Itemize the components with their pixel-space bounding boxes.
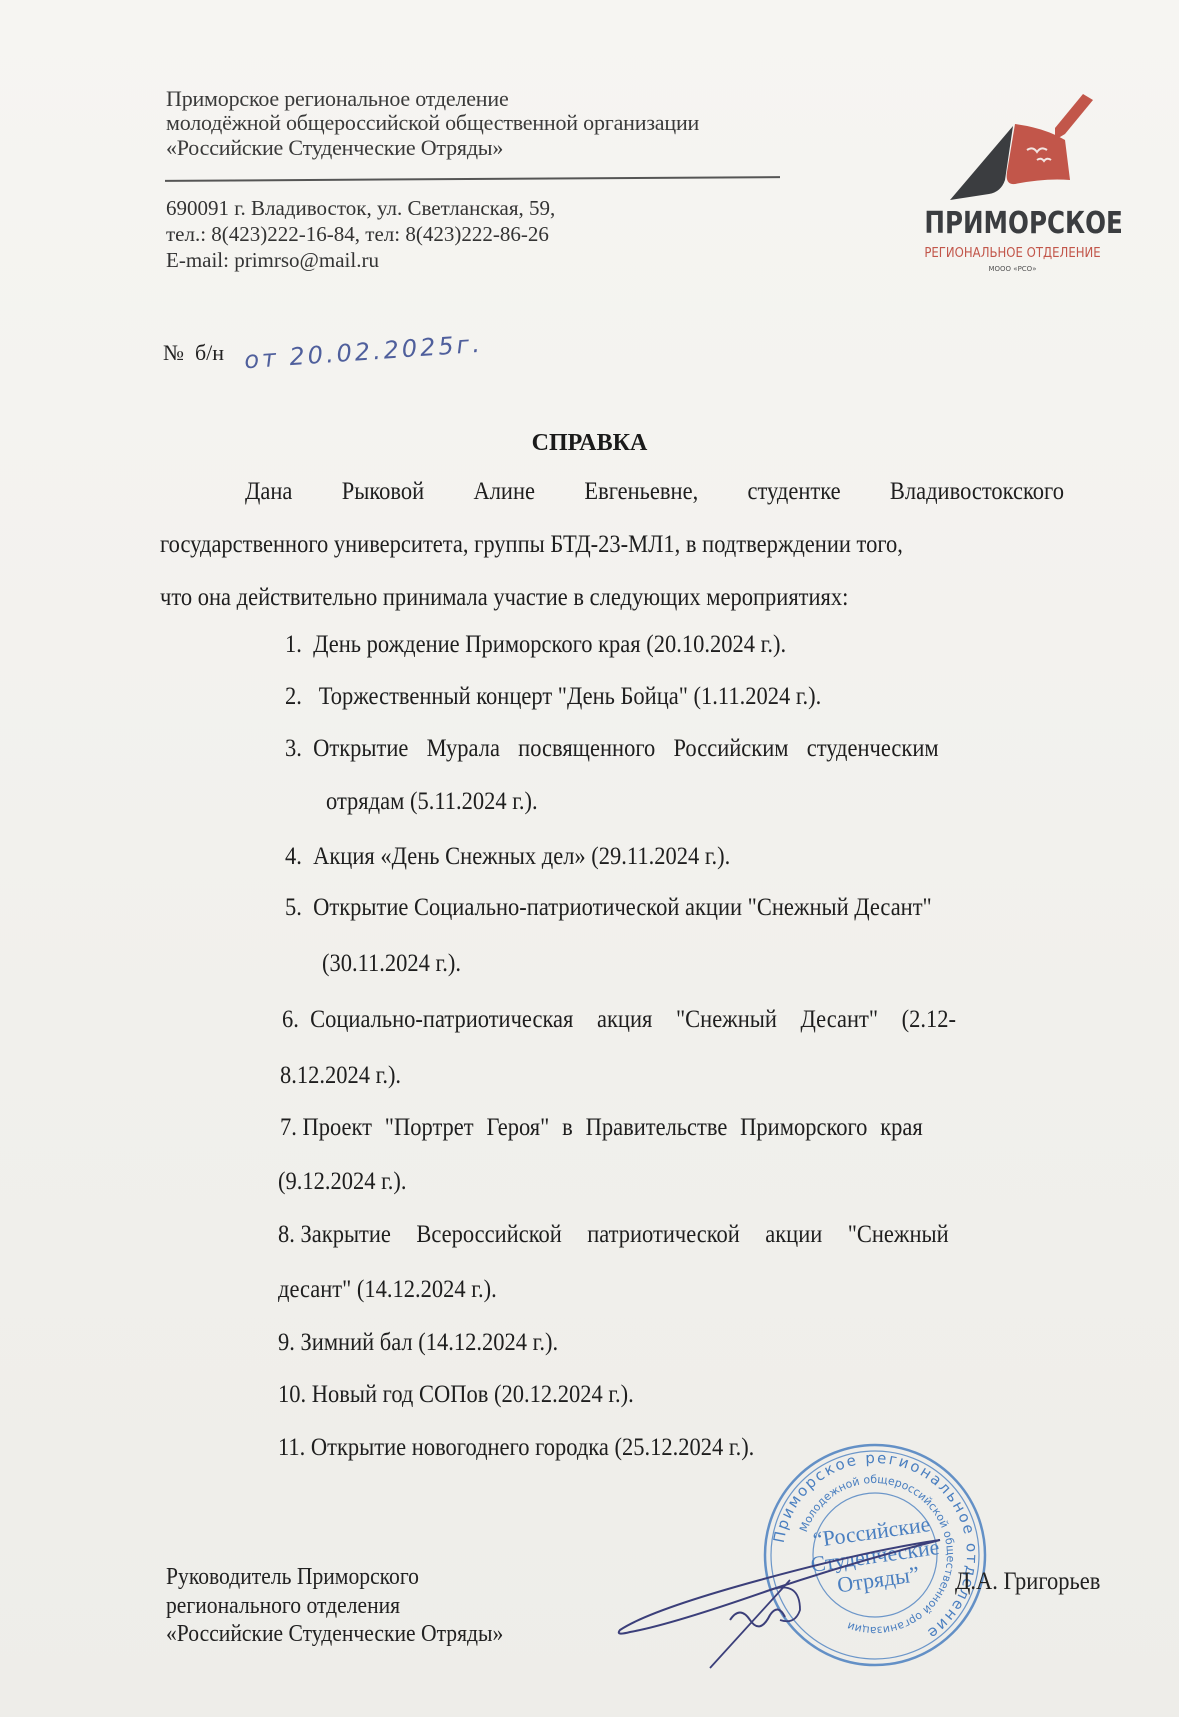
list-item: 11. Открытие новогоднего городка (25.12.… [278, 1434, 754, 1462]
org-name-line-2: молодёжной общероссийской общественной о… [166, 110, 699, 136]
intro-line-3: что она действительно принимала участие … [160, 584, 848, 612]
org-name-line-3: «Российские Студенческие Отряды» [166, 135, 503, 161]
phone-line: тел.: 8(423)222-16-84, тел: 8(423)222-86… [166, 222, 549, 247]
list-item: 7. Проект "Портрет Героя" в Правительств… [280, 1114, 923, 1142]
intro-line-2: государственного университета, группы БТ… [160, 531, 903, 559]
header-divider [165, 176, 780, 182]
list-item-continuation: десант" (14.12.2024 г.). [278, 1276, 497, 1304]
logo-title: ПРИМОРСКОЕ [924, 206, 1100, 241]
handwritten-signature-icon [610, 1520, 990, 1670]
document-page: Приморское региональное отделение молодё… [0, 0, 1179, 1717]
list-item-continuation: (9.12.2024 г.). [278, 1168, 407, 1196]
list-item-continuation: отрядам (5.11.2024 г.). [326, 788, 538, 816]
intro-word: Владивостокского [890, 478, 1064, 506]
intro-word: Дана [245, 478, 292, 506]
document-title: СПРАВКА [0, 430, 1179, 457]
intro-line-1: Дана Рыковой Алине Евгеньевне, студентке… [245, 478, 1064, 506]
list-item-continuation: 8.12.2024 г.). [280, 1062, 401, 1090]
logo-caption: МООО «РСО» [905, 265, 1120, 273]
list-item: 10. Новый год СОПов (20.12.2024 г.). [278, 1381, 634, 1409]
email-line: E-mail: primrso@mail.ru [166, 248, 379, 273]
signatory-position-line-2: регионального отделения [166, 1593, 400, 1620]
org-logo: ПРИМОРСКОЕ РЕГИОНАЛЬНОЕ ОТДЕЛЕНИЕ МООО «… [905, 88, 1120, 288]
list-item-continuation: (30.11.2024 г.). [322, 950, 461, 978]
signatory-name: Д.А. Григорьев [955, 1568, 1100, 1596]
address-line: 690091 г. Владивосток, ул. Светланская, … [166, 196, 555, 221]
list-item: 1. День рождение Приморского края (20.10… [285, 631, 786, 659]
handwritten-date: от 20.02.2025г. [243, 330, 483, 375]
list-item: 6. Социально-патриотическая акция "Снежн… [282, 1006, 956, 1034]
signatory-position-line-1: Руководитель Приморского [166, 1564, 419, 1591]
reference-number: № б/н [163, 340, 224, 365]
list-item: 5. Открытие Социально-патриотической акц… [285, 894, 932, 922]
intro-word: Рыковой [342, 478, 424, 506]
reference-line: № б/н от 20.02.2025г. [163, 338, 483, 366]
signatory-position-line-3: «Российские Студенческие Отряды» [166, 1621, 503, 1648]
list-item: 4. Акция «День Снежных дел» (29.11.2024 … [285, 843, 730, 871]
list-item: 3. Открытие Мурала посвященного Российск… [285, 735, 939, 763]
list-item: 9. Зимний бал (14.12.2024 г.). [278, 1329, 558, 1357]
list-item: 2. Торжественный концерт "День Бойца" (1… [285, 683, 821, 711]
org-name-line-1: Приморское региональное отделение [166, 86, 509, 112]
list-item: 8. Закрытие Всероссийской патриотической… [278, 1221, 949, 1249]
intro-word: Евгеньевне, [584, 478, 698, 506]
intro-word: студентке [748, 478, 841, 506]
logo-subtitle: РЕГИОНАЛЬНОЕ ОТДЕЛЕНИЕ [916, 246, 1110, 261]
intro-word: Алине [473, 478, 535, 506]
trowel-logo-icon [905, 88, 1120, 208]
